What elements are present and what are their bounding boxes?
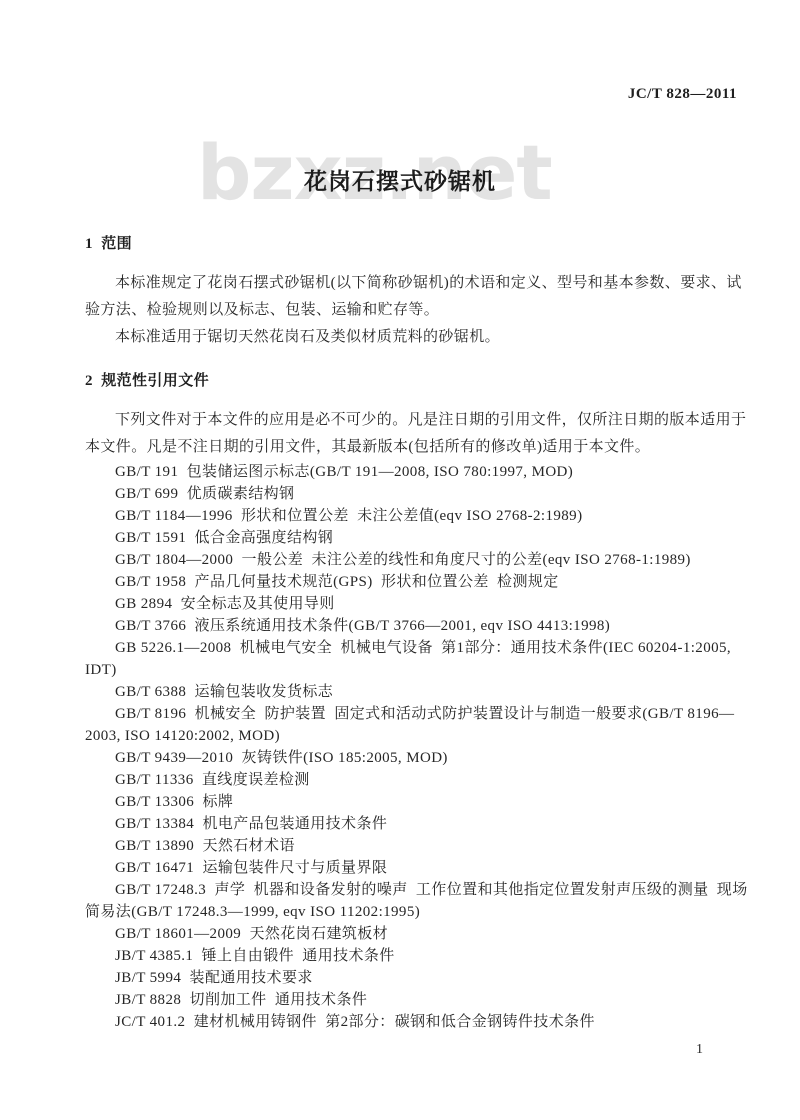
reference-item: GB/T 1804—2000 一般公差 未注公差的线性和角度尺寸的公差(eqv … [85, 549, 757, 571]
references-list: GB/T 191 包装储运图示标志(GB/T 191—2008, ISO 780… [85, 461, 757, 1033]
reference-item: JB/T 8828 切削加工件 通用技术条件 [85, 989, 757, 1011]
reference-item: GB/T 18601—2009 天然花岗石建筑板材 [85, 923, 757, 945]
page-number: 1 [696, 1042, 703, 1058]
reference-item: GB 5226.1—2008 机械电气安全 机械电气设备 第1部分：通用技术条件… [85, 637, 757, 681]
reference-item: JB/T 5994 装配通用技术要求 [85, 967, 757, 989]
reference-item: GB/T 1591 低合金高强度结构钢 [85, 527, 757, 549]
reference-item: GB/T 17248.3 声学 机器和设备发射的噪声 工作位置和其他指定位置发射… [85, 879, 757, 923]
reference-item: GB/T 191 包装储运图示标志(GB/T 191—2008, ISO 780… [85, 461, 757, 483]
section-references-heading: 2 规范性引用文件 [85, 371, 757, 391]
reference-item: GB/T 13306 标牌 [85, 791, 757, 813]
reference-item: GB/T 11336 直线度误差检测 [85, 769, 757, 791]
reference-item: GB/T 6388 运输包装收发货标志 [85, 681, 757, 703]
reference-item: GB/T 1958 产品几何量技术规范(GPS) 形状和位置公差 检测规定 [85, 571, 757, 593]
reference-item: GB/T 8196 机械安全 防护装置 固定式和活动式防护装置设计与制造一般要求… [85, 703, 757, 747]
scope-paragraph-2: 本标准适用于锯切天然花岗石及类似材质荒料的砂锯机。 [85, 324, 757, 351]
scope-paragraph-1: 本标准规定了花岗石摆式砂锯机(以下简称砂锯机)的术语和定义、型号和基本参数、要求… [85, 270, 757, 324]
reference-item: GB/T 1184—1996 形状和位置公差 未注公差值(eqv ISO 276… [85, 505, 757, 527]
reference-item: GB/T 16471 运输包装件尺寸与质量界限 [85, 857, 757, 879]
page-content: 1 范围 本标准规定了花岗石摆式砂锯机(以下简称砂锯机)的术语和定义、型号和基本… [85, 234, 757, 1033]
reference-item: GB/T 13384 机电产品包装通用技术条件 [85, 813, 757, 835]
reference-item: GB/T 699 优质碳素结构钢 [85, 483, 757, 505]
reference-item: JC/T 401.2 建材机械用铸钢件 第2部分：碳钢和低合金钢铸件技术条件 [85, 1011, 757, 1033]
reference-item: GB/T 13890 天然石材术语 [85, 835, 757, 857]
document-page: JC/T 828—2011 bzxz.net 花岗石摆式砂锯机 1 范围 本标准… [0, 0, 800, 1120]
reference-item: GB 2894 安全标志及其使用导则 [85, 593, 757, 615]
reference-item: GB/T 3766 液压系统通用技术条件(GB/T 3766—2001, eqv… [85, 615, 757, 637]
reference-item: GB/T 9439—2010 灰铸铁件(ISO 185:2005, MOD) [85, 747, 757, 769]
reference-item: JB/T 4385.1 锤上自由锻件 通用技术条件 [85, 945, 757, 967]
section-scope-heading: 1 范围 [85, 234, 757, 254]
document-title: 花岗石摆式砂锯机 [0, 163, 800, 196]
standard-number: JC/T 828—2011 [628, 86, 737, 103]
references-lead-paragraph: 下列文件对于本文件的应用是必不可少的。凡是注日期的引用文件，仅所注日期的版本适用… [85, 407, 757, 461]
